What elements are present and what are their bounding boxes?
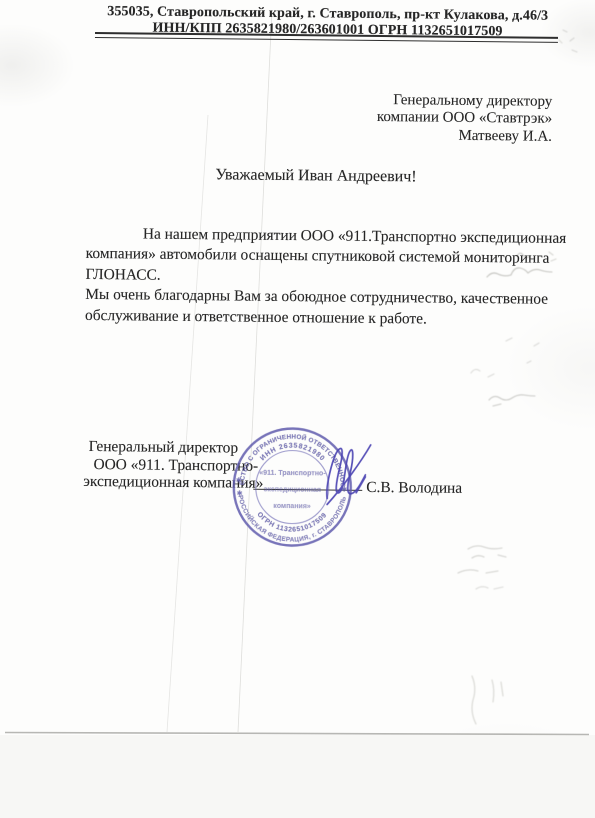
recipient-line: Генеральному директору [377, 92, 552, 111]
stamp-separator-star: ✱ [237, 490, 243, 498]
letter-content: 355035, Ставропольский край, г. Ставропо… [0, 0, 595, 818]
recipient-line: Матвееву И.А. [377, 127, 552, 146]
signature-scribble [313, 438, 384, 509]
recipient-block: Генеральному директору компании ООО «Ста… [377, 92, 553, 146]
salutation-line: Уважаемый Иван Андреевич! [38, 164, 593, 188]
body-paragraphs: На нашем предприятии ООО «911.Транспортн… [85, 224, 556, 331]
stamp-separator-star: ✱ [236, 476, 242, 484]
stamp-center-text-line: компания» [273, 503, 311, 510]
scanned-letter-page: 355035, Ставропольский край, г. Ставропо… [0, 0, 595, 818]
recipient-line: компании ООО «Ставтрэк» [377, 109, 552, 128]
